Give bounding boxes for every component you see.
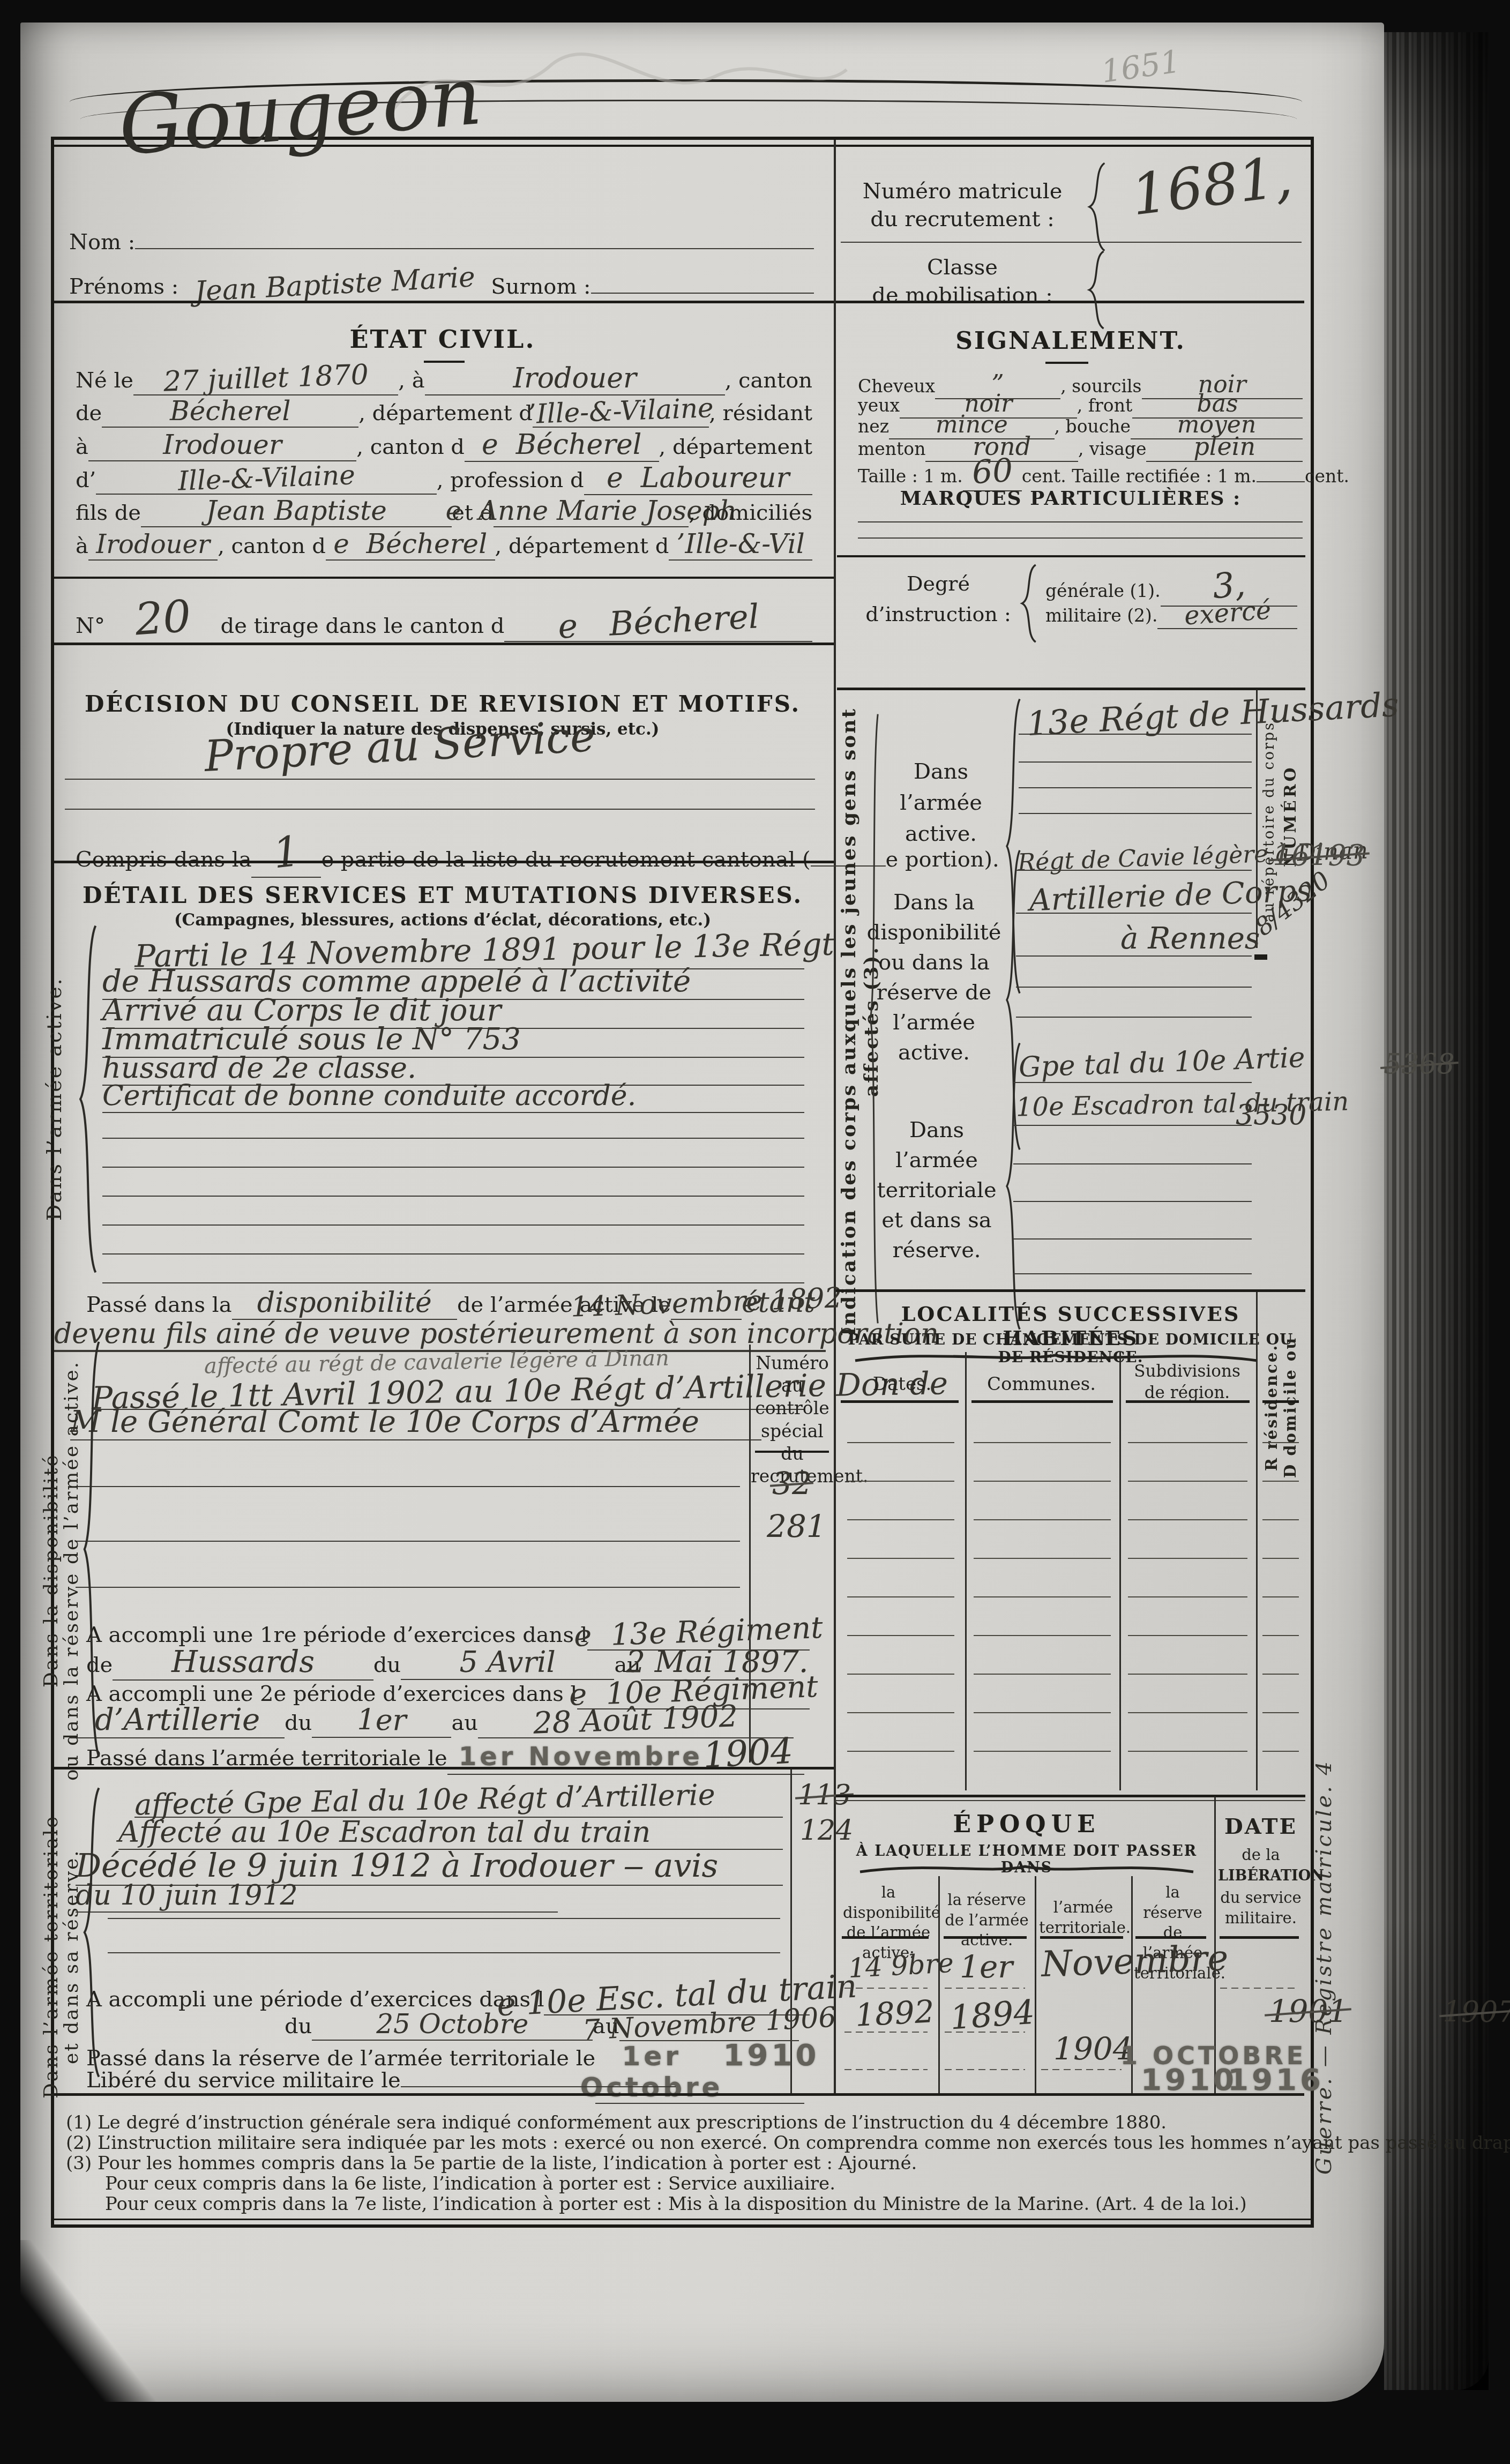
epoque-row-line [945,1988,1025,1989]
birth-departement: ’Ille-&-Vilaine [527,392,714,430]
localites-head-rule-3 [1126,1400,1250,1403]
localites-col-dates: Dates. [842,1372,962,1396]
localites-divider-1 [965,1352,967,1790]
birth-canton: Bécherel [170,395,291,427]
corps-dispo-label: Dans la disponibilité ou dans la réserve… [864,887,1004,1067]
surnom-label: Surnom : [491,274,590,299]
epoque-row-line [1220,1988,1298,1989]
header-right-rule [841,242,1302,243]
blank-line [108,1952,780,1953]
nom-row: Nom : [69,230,814,255]
footnote-1: (1) Le degré d’instruction générale sera… [66,2112,1167,2133]
blank-line [858,521,1303,522]
dispo-line-2: devenu fils ainé de veuve postérieuremen… [54,1318,826,1352]
corps-dispo-line-2 [1016,913,1252,914]
label-fils-de: fils de [76,501,141,525]
decision-rule-1 [65,779,815,780]
label-departement: , département d [358,401,533,425]
footnote-2: (2) L’instruction militaire sera indiqué… [66,2132,1510,2154]
terr-periode-dates: du 25 Octobre au 7 Novembre 1906 [285,2008,799,2041]
militaire-value: exercé [1183,595,1272,631]
corps-dispo-line-1 [1016,870,1252,871]
signalement-row-5: Taille : 1 m. 60 cent. Taille rectifiée … [858,453,1303,491]
epoque-top-rule-2 [836,1800,1305,1801]
degre-label: Degré d’instruction : [858,569,1019,630]
blank-line [1016,987,1252,988]
label-profession: , profession d [437,468,584,492]
localites-top-rule [836,1289,1305,1292]
epoque-v3b-struck: 1901 [1269,1993,1348,2029]
reserve-stamp-year: 1910 [723,2038,820,2073]
prenoms-row: Prénoms : Jean Baptiste Marie Surnom : [69,268,814,302]
label-canton3: , canton d [218,534,326,558]
label-ne-le: Né le [76,368,133,393]
label-d: d’ [76,468,96,492]
label-du3: du [285,2014,312,2039]
tirage-line: N° 20 de tirage dans le canton d e Béche… [76,593,812,645]
residence-line: à Irodouer , canton d e Bécherel , dépar… [76,429,812,462]
residence-departement: Ille-&-Vilaine [177,459,356,497]
domicile-line: à Irodouer , canton d e Bécherel , dépar… [76,528,812,561]
services-title: DÉTAIL DES SERVICES ET MUTATIONS DIVERSE… [65,882,820,908]
matricule-value: 1681, [1128,144,1296,228]
periode-2-debut: 1er [357,1703,406,1737]
classe-brace [1086,250,1106,330]
classe-label: Classe de mobilisation : [847,253,1078,309]
epoque-head-rule-1 [842,1936,929,1939]
epoque-date-sub-2: LIBÉRATION [1218,1866,1304,1885]
localites-col-communes: Communes. [968,1372,1115,1396]
blank-line [1013,1163,1252,1164]
signalement-divider [837,555,1305,557]
label-numero: N° [76,614,105,638]
localites-divider-2 [1119,1352,1121,1790]
footnotes-top-rule [54,2093,1304,2096]
register-page-scan: 1651 Guerre. — Registre matricule. 4 Gou… [0,0,1510,2464]
birth-line-2: de Bécherel , département d ’Ille-&-Vila… [76,395,812,428]
terr-line-1: affecté Gpe Eal du 10e Régt d’Artillerie [134,1783,783,1818]
degre-militaire-row: militaire (2). exercé [1045,598,1297,629]
epoque-divider-1 [938,1876,940,2093]
corps-terr-line-2 [1013,1125,1252,1126]
blank-line [102,1253,804,1255]
epoque-head-rule-3 [1040,1936,1123,1939]
label-militaire: militaire (2). [1045,605,1157,626]
margin-brace-active [77,922,98,1276]
localites-col-subdivisions: Subdivisions de région. [1122,1361,1253,1404]
tirage-top-rule [54,577,834,579]
label-tirage: de tirage dans le canton d [221,614,505,638]
blank-line [76,1541,740,1542]
terr-line-4: du 10 juin 1912 [76,1879,558,1913]
corps-active-label: Dans l’armée active. [879,756,1003,849]
label-domicilies: , domiciliés [689,501,812,525]
taille-rectifiee-field [1257,481,1305,482]
epoque-col2-head: la réserve de l’armée active. [943,1890,1031,1951]
epoque-v1a: 14 9bre [848,1947,955,1984]
epoque-flourish [858,1861,1195,1875]
epoque-stamp-1910: 1910 [1141,2063,1237,2097]
corps-terr-number-1: 5368 [1384,1048,1454,1080]
margin-label-terr-1: Dans l’armée territoriale [40,1812,62,2101]
epoque-v2b: 1894 [949,1992,1036,2037]
label-passe-dans-la: Passé dans la [86,1293,232,1317]
blank-line [102,1138,804,1139]
margin-label-armee-active: Dans l’armée active. [42,928,66,1271]
profession-line: d’ Ille-&-Vilaine , profession d e Labou… [76,462,812,495]
label-a3: à [76,534,88,558]
localites-rows-dr [1262,1405,1299,1753]
margin-label-dispo-2: ou dans la réserve de l’armée active. [61,1346,83,1796]
label-au2: au [451,1711,478,1735]
marques-label: MARQUES PARTICULIÈRES : [836,487,1305,510]
birth-date: 27 juillet 1870 [163,359,369,398]
blank-line [102,1196,804,1197]
compris-value: 1 [271,827,302,878]
localites-divider-3 [1256,1292,1258,1790]
corps-terr-value-1: Gpe tal du 10e Artie [1018,1042,1305,1084]
localites-head-rule-4 [1262,1400,1299,1403]
label-a: , à [398,368,424,393]
etat-civil-bottom-rule [54,643,834,645]
epoque-date-sub-1: de la [1218,1845,1304,1865]
matricule-label: Numéro matricule du recrutement : [847,177,1078,233]
signalement-title: SIGNALEMENT. [836,327,1305,355]
corps-dispo-line-3 [1016,955,1252,957]
blank-line [102,1224,804,1226]
compris-line: Compris dans la 1 e partie de la liste d… [76,828,815,878]
blank-line [858,537,1303,539]
residence-canton: e Bécherel [482,429,641,461]
birth-line-1: Né le 27 juillet 1870 , à Irodouer , can… [76,362,812,395]
corps-terr-brace [1004,1040,1022,1332]
header-bottom-rule [54,301,1304,303]
label-taille-rectifiee: cent. Taille rectifiée : 1 m. [1022,466,1257,487]
epoque-v1b: 1892 [854,1993,935,2034]
epoque-head-rule-5 [1220,1936,1299,1939]
epoque-row-line [844,1988,928,1989]
label-departement2: , département [659,435,812,459]
label-a2: à [76,435,88,459]
libere-field [401,2086,676,2087]
decision-rule-2 [65,809,815,810]
controle-number: 281 [767,1508,826,1544]
epoque-title: ÉPOQUE [842,1811,1212,1838]
epoque-col3-head: l’armée territoriale. [1039,1898,1127,1938]
birth-place: Irodouer [513,362,636,394]
domicile-commune: Irodouer [96,529,210,559]
services-subtitle: (Campagnes, blessures, actions d’éclat, … [65,910,820,930]
matricule-brace [1086,161,1107,252]
taille-value: 60 [970,451,1014,491]
residence-commune: Irodouer [163,429,282,460]
form-frame: Gougeon Nom : Prénoms : Jean Baptiste Ma… [51,137,1314,2228]
epoque-top-rule [836,1795,1305,1797]
epoque-v3a: Novembre [1041,1937,1229,1985]
blank-line [1013,1238,1252,1240]
label-du2: du [285,1711,312,1735]
epoque-divider-2 [1035,1876,1036,2093]
label-compris-3: e portion). [886,847,999,872]
nom-field [135,248,814,249]
terr-text-2: Affecté au 10e Escadron tal du train [118,1815,651,1849]
margin-label-terr-2: et dans sa réserve. [61,1817,83,2096]
label-residant: , résidant [709,401,812,425]
epoque-row-line [945,2032,1025,2033]
margin-label-dispo-1: Dans la disponibilité [40,1372,62,1769]
blank-line [1019,761,1252,763]
localites-head-rule-2 [971,1400,1113,1403]
blank-line [102,1282,804,1283]
localites-rows-communes [974,1405,1111,1753]
terr-periode-debut: 25 Octobre [376,2008,528,2040]
libere-line: Libéré du service militaire le [86,2068,676,2093]
corps-top-rule [837,688,1305,690]
etat-civil-title: ÉTAT CIVIL. [70,325,815,354]
prenoms-label: Prénoms : [69,274,178,299]
margin-brace-dispo [81,1338,101,1761]
controle-number-struck: 32 [772,1465,812,1502]
blank-line [1013,1201,1252,1202]
epoque-date-sub-3: du service [1218,1888,1304,1908]
terr-line-2: Affecté au 10e Escadron tal du train [118,1815,783,1850]
blank-line [102,1167,804,1168]
blank-line [1019,813,1252,814]
blank-line [1013,1273,1252,1274]
dispo-bottom-rule [54,1767,834,1769]
label-de: de [76,401,102,425]
nom-label: Nom : [69,230,135,255]
corps-terr-number-2: 3530 [1236,1099,1306,1131]
page-corner-shadow [20,2240,192,2402]
epoque-head-rule-2 [944,1936,1027,1939]
label-compris: Compris dans la [76,847,251,872]
tirage-number: 20 [133,591,192,645]
label-reserve-territoriale: Passé dans la réserve de l’armée territo… [86,2046,595,2071]
epoque-stamp-1916: 1916 [1228,2063,1324,2097]
blank-line [76,1587,740,1588]
dispo-value: disponibilité [257,1287,432,1319]
label-departement3: , département d [495,534,669,558]
label-compris-2: e partie de la liste du recrutement cant… [321,847,810,872]
localites-rows-subdivisions [1128,1405,1247,1753]
blank-line [108,1918,780,1919]
footnote-5: Pour ceux compris dans la 7e liste, l’in… [105,2193,1247,2215]
label-periode-1: A accompli une 1re période d’exercices d… [86,1623,587,1647]
corps-dispo-value-3: à Rennes [1120,921,1260,956]
service-text-6: Certificat de bonne conduite accordé. [102,1080,636,1112]
corps-terr-line-1 [1013,1082,1252,1083]
father-name: Jean Baptiste [206,495,387,526]
profession-value: e Laboureur [607,462,789,494]
label-libere: Libéré du service militaire le [86,2068,401,2093]
decision-title: DÉCISION DU CONSEIL DE REVISION ET MOTIF… [65,691,820,717]
domicile-departement: ’Ille-&-Vil [677,528,805,559]
epoque-v4a-struck: 1907 [1442,1995,1510,2029]
margin-brace-terr [81,1785,101,2080]
localites-head-rule-1 [841,1400,959,1403]
epoque-row-line [1041,2069,1122,2070]
blank-line [76,1486,740,1487]
terr-deces-avis: du 10 juin 1912 [76,1879,298,1912]
parents-line: fils de Jean Baptiste et d e Anne Marie … [76,495,812,527]
corps-terr-label: Dans l’armée territoriale et dans sa rés… [870,1115,1004,1265]
degre-brace [1019,563,1038,644]
label-canton: , canton [725,368,812,393]
blank-line [1019,787,1252,788]
surnom-field [591,293,814,294]
epoque-row-line [945,2069,1025,2070]
epoque-date-sub-4: militaire. [1218,1908,1304,1929]
dispo-line-1: Passé dans la disponibilité de l’armée a… [86,1287,815,1320]
epoque-date-head: DATE [1218,1813,1304,1841]
dispo-line-5: M le Général Comt le 10e Corps d’Armée [70,1405,761,1440]
epoque-v2a: 1er [960,1948,1013,1985]
label-canton2: , canton d [356,435,465,459]
label-cent: cent. [1305,466,1349,487]
tirage-canton: e Bécherel [557,596,760,646]
footnote-4: Pour ceux compris dans la 6e liste, l’in… [105,2173,835,2194]
label-taille: Taille : 1 m. [858,466,963,487]
signalement-flourish [1045,362,1088,364]
localites-rows-dates [847,1405,954,1753]
epoque-row-line [844,2069,928,2070]
epoque-row-line [844,2032,928,2033]
service-line-6: Certificat de bonne conduite accordé. [102,1080,804,1113]
corps-active-line [1019,734,1252,735]
blank-line [1016,1017,1252,1018]
book-page-edges [1384,32,1489,2390]
dispo-text-5: M le Général Comt le 10e Corps d’Armée [70,1405,699,1439]
decision-bottom-rule [54,861,834,863]
controle-rule [755,1451,829,1453]
domicile-canton: e Bécherel [333,528,487,559]
footnote-3: (3) Pour les hommes compris dans la 5e p… [66,2153,917,2174]
